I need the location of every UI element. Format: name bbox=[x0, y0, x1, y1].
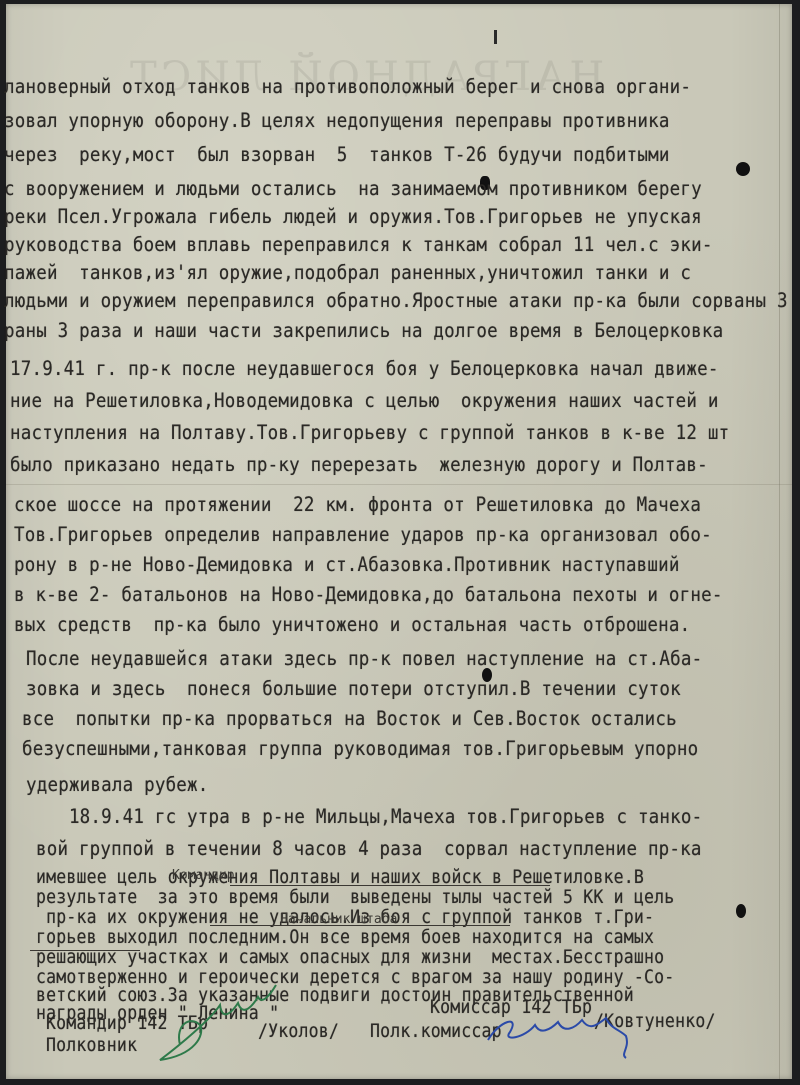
strikethrough bbox=[30, 950, 140, 951]
text-line: было приказано недать пр-ку перерезать ж… bbox=[10, 454, 708, 476]
text-line: Тов.Григорьев определив направление удар… bbox=[14, 524, 712, 546]
signer-rank: Полковник bbox=[46, 1034, 137, 1055]
page-edge bbox=[779, 4, 780, 1079]
text-line: рону в р-не Ново-Демидовка и ст.Абазовка… bbox=[14, 554, 680, 576]
paper-fold bbox=[6, 484, 792, 485]
text-line: людьми и оружием переправился обратно.Яр… bbox=[4, 290, 788, 312]
punch-hole bbox=[736, 162, 750, 176]
text-line: все попытки пр-ка прорваться на Восток и… bbox=[22, 708, 677, 730]
text-line: горьев выходил последним.Он все время бо… bbox=[36, 926, 654, 947]
strikethrough bbox=[230, 885, 550, 886]
text-line: 17.9.41 г. пр-к после неудавшегося боя у… bbox=[10, 358, 719, 380]
text-line: через реку,мост был взорван 5 танков Т-2… bbox=[4, 144, 670, 166]
text-line: руководства боем вплавь переправился к т… bbox=[4, 234, 713, 256]
text-line: вой группой в течении 8 часов 4 раза сор… bbox=[36, 838, 702, 860]
text-line: ское шоссе на протяжении 22 км. фронта о… bbox=[14, 494, 701, 516]
text-line: наступления на Полтаву.Тов.Григорьеву с … bbox=[10, 422, 729, 444]
text-line: зовал упорную оборону.В целях недопущени… bbox=[4, 110, 670, 132]
text-line: с вооружением и людьми остались на заним… bbox=[4, 178, 702, 200]
punch-hole bbox=[736, 904, 746, 918]
text-line: пажей танков,из'ял оружие,подобрал ранен… bbox=[4, 262, 691, 284]
signature-green-ink bbox=[150, 975, 280, 1065]
text-line: лановерный отход танков на противоположн… bbox=[4, 76, 691, 98]
text-line: раны 3 раза и наши части закрепились на … bbox=[4, 320, 723, 342]
binding-mark bbox=[494, 30, 497, 44]
text-line: в к-ве 2- батальонов на Ново-Демидовка,д… bbox=[14, 584, 723, 606]
text-line: 18.9.41 гс утра в р-не Мильцы,Мачеха тов… bbox=[26, 806, 702, 828]
text-line: реки Псел.Угрожала гибель людей и оружия… bbox=[4, 206, 702, 228]
strikethrough bbox=[210, 925, 510, 926]
text-line: ние на Решетиловка,Новодемидовка с целью… bbox=[10, 390, 719, 412]
signature-blue-ink bbox=[480, 1000, 650, 1060]
text-line: После неудавшейся атаки здесь пр-к повел… bbox=[26, 648, 702, 670]
text-line: результате за это время были выведены ты… bbox=[36, 886, 674, 907]
text-line: удерживала рубеж. bbox=[26, 774, 209, 796]
text-line: зовка и здесь понеся большие потери отст… bbox=[26, 678, 681, 700]
overtyped-label: Командир bbox=[172, 868, 235, 883]
text-line: вых средств пр-ка было уничтожено и оста… bbox=[14, 614, 690, 636]
text-line: безуспешными,танковая группа руководимая… bbox=[22, 738, 698, 760]
